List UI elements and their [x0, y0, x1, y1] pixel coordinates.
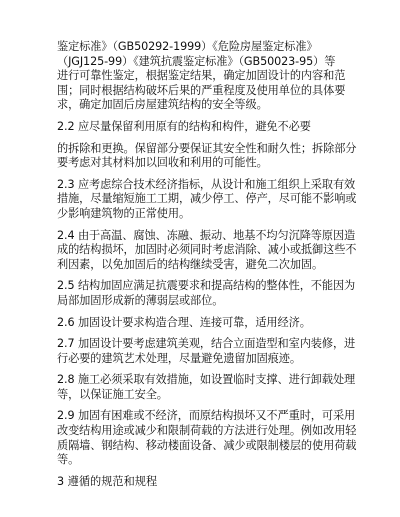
text-line: （JGJ125-99）《建筑抗震鉴定标准》（GB50023-95）等	[57, 55, 347, 70]
section-heading: 3 遵循的规范和规程	[57, 475, 347, 490]
text-line: 2.2 应尽量保留利用原有的结构和构件，避免不必要	[57, 120, 347, 135]
text-line: 等，以保证施工安全。	[57, 388, 347, 403]
text-line: 少影响建筑物的正常使用。	[57, 207, 347, 222]
document-page: 鉴定标准》（GB50292-1999）《危险房屋鉴定标准》 （JGJ125-99…	[57, 40, 347, 496]
paragraph-2-4: 2.4 由于高温、腐蚀、冻融、振动、地基不均匀沉降等原因造 成的结构损坏，加固时…	[57, 229, 347, 273]
text-line: 的拆除和更换。保留部分要保证其安全性和耐久性；拆除部分	[57, 142, 347, 157]
text-line: 2.3 应考虑综合技术经济指标，从设计和施工组织上采取有效	[57, 178, 347, 193]
paragraph-2-6: 2.6 加固设计要求构造合理、连接可靠，适用经济。	[57, 316, 347, 331]
text-line: 等。	[57, 453, 347, 468]
paragraph-2-5: 2.5 结构加固应满足抗震要求和提高结构的整体性，不能因为 局部加固形成新的薄弱…	[57, 279, 347, 308]
text-line: 要考虑对其材料加以回收和利用的可能性。	[57, 156, 347, 171]
paragraph-2-7: 2.7 加固设计要考虑建筑美观，结合立面造型和室内装修，进 行必要的建筑艺术处理…	[57, 337, 347, 366]
text-line: 措施，尽量缩短施工工期，减少停工、停产，尽可能不影响或	[57, 192, 347, 207]
text-line: 成的结构损坏，加固时必须同时考虑消除、减小或抵御这些不	[57, 243, 347, 258]
text-line: 2.4 由于高温、腐蚀、冻融、振动、地基不均匀沉降等原因造	[57, 229, 347, 244]
paragraph-2-9: 2.9 加固有困难或不经济，而原结构损坏又不严重时，可采用 改变结构用途或减少和…	[57, 409, 347, 467]
paragraph-2-8: 2.8 施工必须采取有效措施，如设置临时支撑、进行卸载处理 等，以保证施工安全。	[57, 373, 347, 402]
text-line: 2.8 施工必须采取有效措施，如设置临时支撑、进行卸载处理	[57, 373, 347, 388]
text-line: 质隔墙、钢结构、移动楼面设备、减少或限制楼层的使用荷载	[57, 439, 347, 454]
paragraph-2-2-head: 2.2 应尽量保留利用原有的结构和构件，避免不必要	[57, 120, 347, 135]
text-line: 2.7 加固设计要考虑建筑美观，结合立面造型和室内装修，进	[57, 337, 347, 352]
text-line: 行必要的建筑艺术处理，尽量避免遗留加固痕迹。	[57, 352, 347, 367]
text-line: 围；同时根据结构破坏后果的严重程度及使用单位的具体要	[57, 84, 347, 99]
text-line: 2.9 加固有困难或不经济，而原结构损坏又不严重时，可采用	[57, 409, 347, 424]
text-line: 2.5 结构加固应满足抗震要求和提高结构的整体性，不能因为	[57, 279, 347, 294]
text-line: 改变结构用途或减少和限制荷载的方法进行处理。例如改用轻	[57, 424, 347, 439]
paragraph-2-3: 2.3 应考虑综合技术经济指标，从设计和施工组织上采取有效 措施，尽量缩短施工工…	[57, 178, 347, 222]
text-line: 求，确定加固后房屋建筑结构的安全等级。	[57, 98, 347, 113]
text-line: 利因素，以免加固后的结构继续受害，避免二次加固。	[57, 258, 347, 273]
text-line: 鉴定标准》（GB50292-1999）《危险房屋鉴定标准》	[57, 40, 347, 55]
paragraph-2-2-body: 的拆除和更换。保留部分要保证其安全性和耐久性；拆除部分 要考虑对其材料加以回收和…	[57, 142, 347, 171]
text-line: 局部加固形成新的薄弱层或部位。	[57, 294, 347, 309]
text-line: 进行可靠性鉴定，根据鉴定结果，确定加固设计的内容和范	[57, 69, 347, 84]
text-line: 2.6 加固设计要求构造合理、连接可靠，适用经济。	[57, 316, 347, 331]
paragraph-intro: 鉴定标准》（GB50292-1999）《危险房屋鉴定标准》 （JGJ125-99…	[57, 40, 347, 113]
